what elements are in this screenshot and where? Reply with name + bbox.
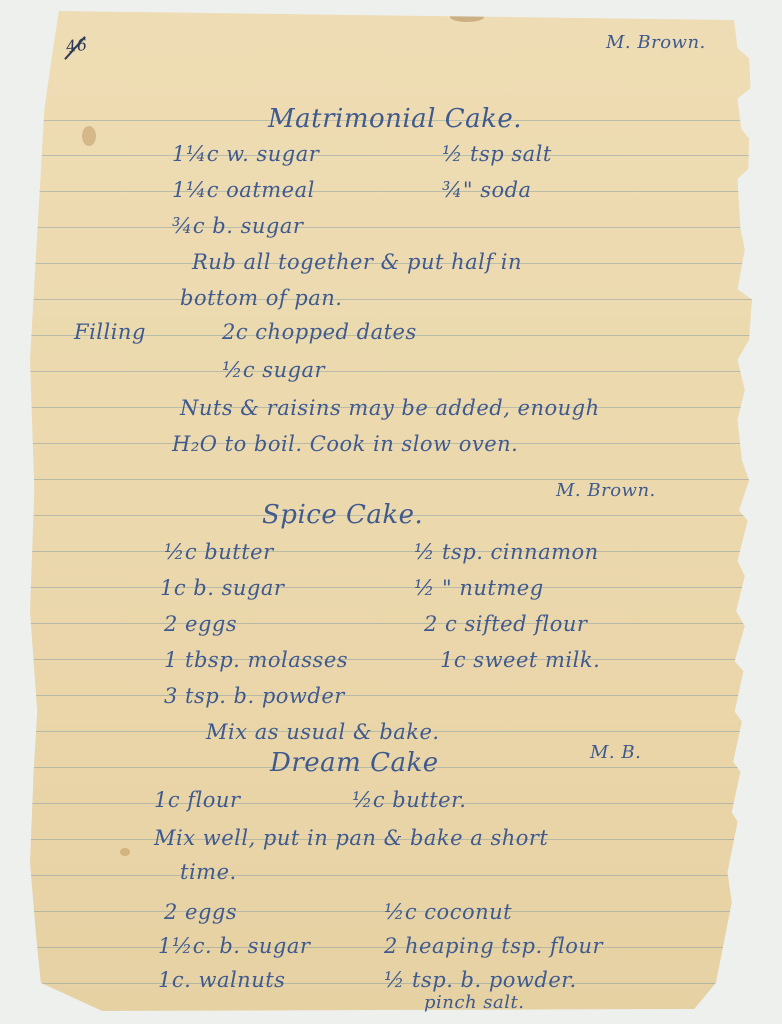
ingredient-left: 1½c. b. sugar xyxy=(158,934,310,958)
ingredient-left: 2 eggs xyxy=(164,900,237,924)
recipe-attribution: M. B. xyxy=(590,742,641,763)
ingredient-left: 1¼c oatmeal xyxy=(172,178,315,202)
stain xyxy=(450,12,484,22)
instruction-line: Mix well, put in pan & bake a short xyxy=(154,826,548,850)
ingredient-right: pinch salt. xyxy=(424,992,524,1013)
ingredient-right: ½ tsp. cinnamon xyxy=(414,540,599,564)
ingredient-right: ¾" soda xyxy=(442,178,532,202)
ingredient-right: 2 heaping tsp. flour xyxy=(384,934,603,958)
ingredient-left: ¾c b. sugar xyxy=(172,214,303,238)
ingredient-left: 1c b. sugar xyxy=(160,576,284,600)
filling-ingredient: ½c sugar xyxy=(222,358,325,382)
recipe-title: Dream Cake xyxy=(270,748,439,778)
ingredient-right: ½ tsp salt xyxy=(442,142,552,166)
instruction-line: bottom of pan. xyxy=(180,286,342,310)
ingredient-left: 1c flour xyxy=(154,788,241,812)
recipe-title: Spice Cake. xyxy=(262,500,423,530)
filling-label: Filling xyxy=(74,320,146,344)
instruction-line: Mix as usual & bake. xyxy=(206,720,440,744)
ingredient-left: 3 tsp. b. powder xyxy=(164,684,345,708)
ruled-line xyxy=(30,227,752,228)
ruled-line xyxy=(30,371,752,372)
ingredient-right: ½c butter. xyxy=(352,788,466,812)
ruled-line xyxy=(30,587,752,588)
ingredient-right: 2 c sifted flour xyxy=(424,612,587,636)
ruled-line xyxy=(30,659,752,660)
ruled-line xyxy=(30,623,752,624)
ruled-line xyxy=(30,155,752,156)
ruled-line xyxy=(30,695,752,696)
ingredient-right: ½c coconut xyxy=(384,900,512,924)
ingredient-left: 1 tbsp. molasses xyxy=(164,648,348,672)
stain xyxy=(82,126,96,146)
recipe-attribution: M. Brown. xyxy=(556,480,656,501)
instruction-line: Rub all together & put half in xyxy=(192,250,522,274)
ingredient-right: ½ " nutmeg xyxy=(414,576,544,600)
instruction-line: H₂O to boil. Cook in slow oven. xyxy=(172,432,518,456)
ingredient-left: ½c butter xyxy=(164,540,274,564)
ingredient-left: 2 eggs xyxy=(164,612,237,636)
ingredient-left: 1c. walnuts xyxy=(158,968,285,992)
ingredient-left: 1¼c w. sugar xyxy=(172,142,319,166)
ruled-line xyxy=(30,191,752,192)
instruction-line: Nuts & raisins may be added, enough xyxy=(180,396,600,420)
ruled-line xyxy=(30,299,752,300)
ruled-line xyxy=(30,551,752,552)
recipe-attribution: M. Brown. xyxy=(606,32,706,53)
recipe-title: Matrimonial Cake. xyxy=(268,104,522,134)
ruled-line xyxy=(30,875,752,876)
ingredient-right: ½ tsp. b. powder. xyxy=(384,968,577,992)
filling-ingredient: 2c chopped dates xyxy=(222,320,417,344)
stain xyxy=(120,848,130,856)
instruction-line: time. xyxy=(180,860,237,884)
ingredient-right: 1c sweet milk. xyxy=(440,648,600,672)
